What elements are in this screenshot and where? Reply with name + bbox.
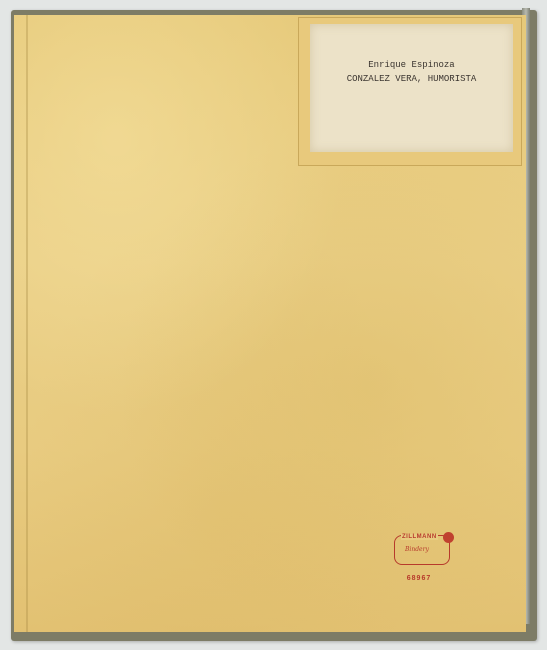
label-title: CONZALEZ VERA, HUMORISTA	[310, 74, 513, 84]
stamp-brand: ZILLMANN	[401, 534, 438, 540]
stamp-script: Bindery	[405, 546, 429, 553]
title-label: Enrique Espinoza CONZALEZ VERA, HUMORIST…	[310, 24, 513, 152]
label-author: Enrique Espinoza	[310, 60, 513, 70]
bindery-stamp: ZILLMANN Bindery	[394, 535, 450, 565]
stamp-number: 68967	[394, 575, 444, 582]
stamp-dot-icon	[443, 532, 454, 543]
